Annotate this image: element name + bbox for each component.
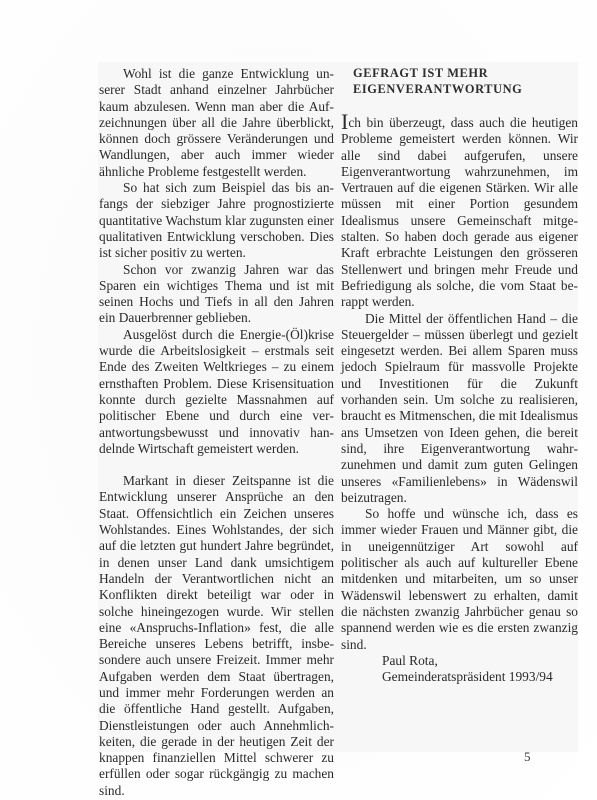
section-heading: GEFRAGT IST MEHR EIGENVERANTWORTUNG [353, 66, 578, 97]
paragraph-expectations: Markant in dieser Zeitspanne ist die Ent… [99, 473, 334, 799]
document-page: Wohl ist die ganze Entwicklung un­serer … [0, 0, 597, 800]
page-number: 5 [524, 749, 531, 765]
paragraph-public-funds: Die Mittel der öffentlichen Hand – die S… [341, 311, 578, 507]
paragraph-hope: So hoffe und wünsche ich, dass es immer … [341, 506, 578, 653]
paragraph-growth: So hat sich zum Beispiel das bis an­fang… [99, 180, 334, 261]
signature-block: Paul Rota, Gemeinderatspräsident 1993/94 [341, 653, 578, 686]
right-column: GEFRAGT IST MEHR EIGENVERANTWORTUNG Ich … [341, 66, 578, 685]
paragraph-conviction-text: ch bin überzeugt, dass auch die heu­tige… [341, 115, 578, 309]
paragraph-energy-crisis: Ausgelöst durch die Energie-(Öl)krise wu… [99, 327, 334, 457]
heading-line-2: EIGENVERANTWORTUNG [353, 82, 578, 98]
signature-title: Gemeinderatspräsident 1993/94 [382, 669, 578, 685]
paragraph-intro: Wohl ist die ganze Entwicklung un­serer … [99, 66, 334, 180]
paragraph-conviction: Ich bin überzeugt, dass auch die heu­tig… [341, 113, 578, 311]
heading-line-1: GEFRAGT IST MEHR [353, 66, 578, 82]
drop-cap-letter: I [341, 109, 348, 134]
left-column: Wohl ist die ganze Entwicklung un­serer … [99, 66, 334, 799]
paragraph-saving: Schon vor zwanzig Jahren war das Sparen … [99, 262, 334, 327]
signature-name: Paul Rota, [382, 653, 578, 669]
